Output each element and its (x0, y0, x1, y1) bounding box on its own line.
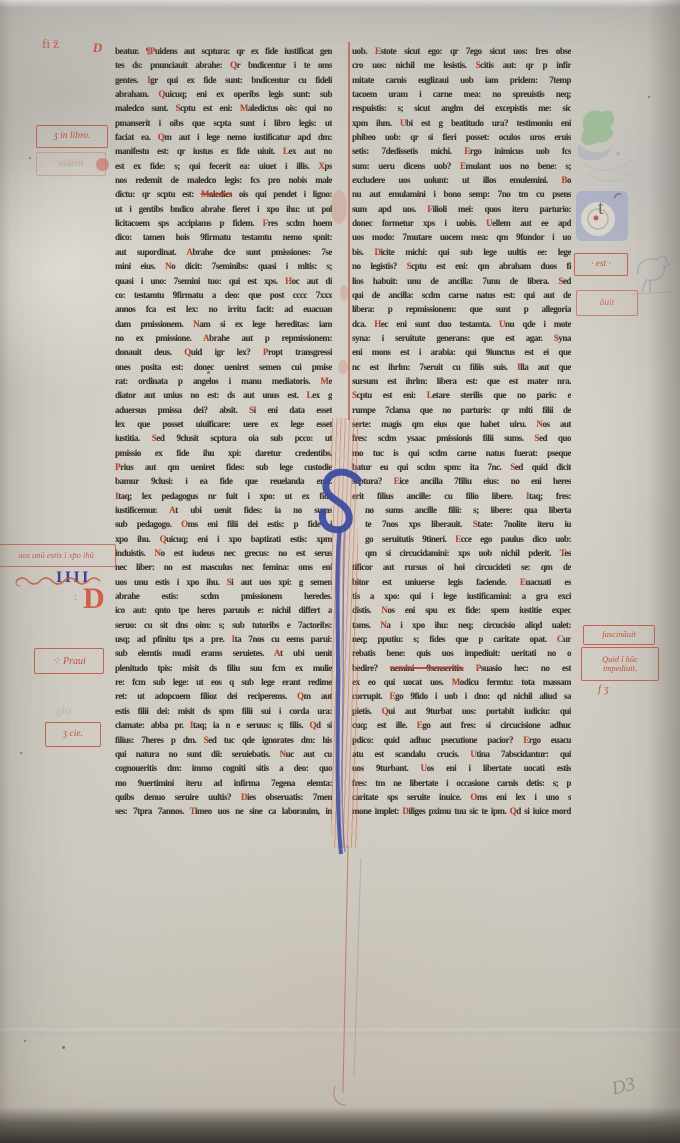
text-line: usq; ad pfinitu tps a pre. Ita 7nos cu e… (115, 632, 332, 646)
text-line: qm si circucidamini: xps uob nichil pder… (352, 546, 571, 560)
text-line: sursum est ihrlm: libera est: que est ma… (352, 374, 571, 388)
gutter-tail-hook (332, 1085, 349, 1106)
paraph-mark-icon: D (92, 40, 104, 56)
text-line: tis a xpo: qui i lege iustificamini: a g… (352, 589, 571, 603)
margin-note-fi-z: fi z̈ (42, 36, 59, 52)
text-line: ex eo qui uocat uos. Modicu fermtu: tota… (352, 675, 571, 689)
text-line: lios habuit: unu de ancilla: 7unu de lib… (352, 274, 571, 288)
pencil-catchword: D3 (610, 1074, 638, 1101)
photo-edge-right (648, 0, 680, 1143)
text-line: re: fcm sub lege: ut eos q sub lege eran… (115, 675, 332, 689)
text-line: pietis. Qui aut 9turbat uos: portabit iu… (352, 704, 571, 718)
text-line: caritate sps seruite inuice. Oms eni lex… (352, 790, 571, 804)
text-line: serte: magis qm eius que habet uiru. Nos… (352, 417, 571, 431)
text-line: erit filius ancille: cu filio libere. It… (352, 489, 571, 503)
gutter-red-line-upper (348, 42, 350, 420)
text-line: excludere uos uolunt: ut illos emulemini… (352, 173, 571, 187)
text-line: estis filii dei: misit ds spm filii sui … (115, 704, 332, 718)
text-line: annos fca est lex: no irritu facit: ad e… (115, 302, 332, 316)
text-line: pmanserit i oibs que scpta sunt i libro … (115, 116, 332, 130)
text-line: aduersus pmissa dei? absit. Si eni data … (115, 403, 332, 417)
text-line: corrupit. Ego 9fido i uob i dno: qd nich… (352, 689, 571, 703)
text-line: bamur 9clusi: i ea fide que reuelanda er… (115, 474, 332, 488)
text-line: Itaq; lex pedagogus nr fuit i xpo: ut ex… (115, 489, 332, 503)
text-line: ses: 7tpra 7annos. Timeo uos ne sine ca … (115, 804, 332, 818)
text-line: iustitia. Sed 9clusit scptura oia sub pc… (115, 431, 332, 445)
manuscript-photo: beatur. ¶Puidens aut scptura: qr ex fide… (0, 0, 680, 1143)
text-column-left: beatur. ¶Puidens aut scptura: qr ex fide… (115, 44, 332, 819)
text-line: abraham. Quicuq; eni ex operibs legis su… (115, 87, 332, 101)
illuminated-initial-s (316, 466, 368, 866)
impediuit-line2: impediuit. (603, 664, 637, 673)
ink-speck (20, 752, 22, 754)
text-line: scptura? Eice ancilla 7filiu eius: no en… (352, 474, 571, 488)
svg-text:»: » (616, 148, 621, 158)
guide-dots: : (74, 592, 78, 603)
text-line: rumpe 7clama que no parturis: qr mlti fi… (352, 403, 571, 417)
photo-edge-top (0, 0, 680, 8)
text-line: setis: 7dedissetis michi. Ergo inimicus … (352, 144, 571, 158)
text-line: tificor aut rursus oi hoi circucideti se… (352, 560, 571, 574)
text-line: sub elemtis mudi erams seruietes. At ubi… (115, 646, 332, 660)
text-line: sum: ueru dicens uob? Emulant uos no ben… (352, 159, 571, 173)
text-line: faciat ea. Qm aut i lege nemo iustificat… (115, 130, 332, 144)
text-line: go seruitutis 9tineri. Ecce ego paulus d… (352, 532, 571, 546)
text-line: no ex pmissione. Abrahe aut p repmission… (115, 331, 332, 345)
gutter-blue-tail-line (354, 858, 362, 1076)
text-line: atu est scandalu crucis. Utina 7abscidan… (352, 747, 571, 761)
text-line: xpm ihm. Ubi est g beatitudo ura? testim… (352, 116, 571, 130)
margin-pencil-gloss: glo (55, 702, 72, 718)
gutter-smudge (331, 190, 347, 224)
margin-note-est: · est · (574, 253, 628, 276)
text-line: uos modo: 7mutare uocem mea: qm 9fundor … (352, 230, 571, 244)
chapter-initial-d: D (83, 584, 105, 614)
margin-ornament: t » (548, 98, 658, 248)
text-line: rat: ordinata p angelos i manu mediatori… (115, 374, 332, 388)
text-line: beatur. ¶Puidens aut scptura: qr ex fide… (115, 44, 332, 58)
gutter-red-line-lower (342, 845, 349, 1093)
text-line: no sums ancille filii: s; libere: qua li… (352, 503, 571, 517)
text-line: xpo ihu. Quicuq; eni i xpo baptizati est… (115, 532, 332, 546)
text-line: dictu: qr scptu est: Maledics ois qui pe… (115, 187, 332, 201)
text-line: plenitudo tpis: misit ds filiu suu fcm e… (115, 661, 332, 675)
margin-note-cie: ʒ cie. (45, 722, 101, 747)
ink-speck (207, 371, 210, 374)
text-line: syna: i seruitute generans: que est agar… (352, 331, 571, 345)
text-line: qui natura no sunt dii: seruiebatis. Nuc… (115, 747, 332, 761)
text-line: cro uos: nichil me lesistis. Scitis aut:… (352, 58, 571, 72)
text-line: clamate: abba pr. Itaq; ia n e seruus: s… (115, 718, 332, 732)
margin-note-in-libro: ʒ in libro. (36, 125, 108, 148)
text-column-right: uob. Estote sicut ego: qr 7ego sicut uos… (352, 44, 571, 819)
text-line: respuistis: s; sicut anglm dei excepisti… (352, 101, 571, 115)
text-line: abrahe estis: scdm pmissionem heredes. (115, 589, 332, 603)
text-line: ut i gentibs bndico abrahe fieret i xpo … (115, 202, 332, 216)
text-line: dico: tamen hois 9firmatu testamtu nemo … (115, 230, 332, 244)
text-line: quibs denuo seruire uultis? Dies obserua… (115, 790, 332, 804)
text-line: induistis. No est iudeus nec grecus: no … (115, 546, 332, 560)
text-line: cuq; est ille. Ego aut fres: si circucis… (352, 718, 571, 732)
text-line: co: testamtu 9firmatu a deo: que post cc… (115, 288, 332, 302)
text-line: iustificemur. At ubi uenit fides: ia no … (115, 503, 332, 517)
text-line: nec liber: no est masculus nec femina: o… (115, 560, 332, 574)
text-line: tacoem uram i carne mea: no spreuistis n… (352, 87, 571, 101)
text-line: donauit deus. Quid igr lex? Propt transg… (115, 345, 332, 359)
margin-note-f-z: f ʒ (598, 683, 609, 695)
text-line: quasi i uno: 7semini tuo: qui est xps. H… (115, 274, 332, 288)
text-line: diator aut unius no est: ds aut unus est… (115, 388, 332, 402)
text-line: est ex fide: s; qui fecerit ea: uiuet i … (115, 159, 332, 173)
text-line: qui de ancilla: scdm carne natus est: qu… (352, 288, 571, 302)
text-line: sub pedagogo. Oms eni filii dei estis: p… (115, 517, 332, 531)
text-line: rebatis bene: quis uos impediuit: uerita… (352, 646, 571, 660)
text-line: ret: ut adopcoem filioz dei reciperems. … (115, 689, 332, 703)
text-line: fres: scdm ysaac pmissionis filii sums. … (352, 431, 571, 445)
text-line: neq; pputiu: s; fides que p caritate opa… (352, 632, 571, 646)
text-line: mo 9uertimini iteru ad infirma 7egena el… (115, 776, 332, 790)
text-line: phibeo uob: qr si fieri posset: oculos u… (352, 130, 571, 144)
text-line: dca. Hec eni sunt duo testamta. Unu qde … (352, 317, 571, 331)
text-line: licitacoem sps accipiams p fidem. Fres s… (115, 216, 332, 230)
text-line: Scptu est eni: Letare sterilis que no pa… (352, 388, 571, 402)
text-line: bedire? nemini 9senseritis. Psuasio hec:… (352, 661, 571, 675)
text-line: te 7nos xps liberauit. State: 7nolite it… (352, 517, 571, 531)
text-line: donec formetur xps i uobis. Uellem aut e… (352, 216, 571, 230)
margin-note-uos-unum: uos unū estis ī xp̄o ihū (0, 544, 116, 567)
text-line: filius: 7heres p dm. Sed tuc qde ignorat… (115, 733, 332, 747)
ink-speck (29, 157, 31, 159)
text-line: tes ds: pnunciauit abrahe: Qr bndicentur… (115, 58, 332, 72)
text-line: libera: p repmissionem: que sunt p alleg… (352, 302, 571, 316)
text-line: cognoueritis dm: immo cogniti sitis a de… (115, 761, 332, 775)
text-line: manifestu est: qr iustus ex fide uiuit. … (115, 144, 332, 158)
text-line: uos unu estis i xpo ihu. Si aut uos xpi:… (115, 575, 332, 589)
svg-text:t: t (598, 197, 604, 219)
text-line: pdico: quid adhuc psecutione pacior? Erg… (352, 733, 571, 747)
text-line: nu aut emulamini i bono semp: 7no tm cu … (352, 187, 571, 201)
margin-note-auit: āuit (576, 290, 638, 316)
green-bird-icon (581, 110, 614, 145)
text-line: mo tuc is qui scdm carne natus fuerat: p… (352, 446, 571, 460)
text-line: seruo: cu sit dns oim: s; sub tutoribs e… (115, 618, 332, 632)
text-line: ones posita est: donec ueniret semen cui… (115, 360, 332, 374)
text-line: lex que posset uiuificare: uere ex lege … (115, 417, 332, 431)
text-line: mitate carnis euglizaui uob iam pridem: … (352, 73, 571, 87)
text-line: nc est ihrlm: 7seruit cu filiis suis. Il… (352, 360, 571, 374)
text-line: batur eu qui scdm spm: ita 7nc. Sed quid… (352, 460, 571, 474)
red-blob-mark (96, 158, 109, 171)
text-line: fres: tm ne libertate i occasione carnis… (352, 776, 571, 790)
photo-edge-bottom (0, 1107, 680, 1143)
parchment-crease (0, 1028, 680, 1035)
text-line: bitor est uniuerse legis faciende. Euacu… (352, 575, 571, 589)
ink-speck (24, 1040, 26, 1042)
ink-speck (62, 1046, 65, 1049)
text-line: pmissio ex fide ihu xpi: daretur credent… (115, 446, 332, 460)
text-line: Prius aut qm ueniret fides: sub lege cus… (115, 460, 332, 474)
margin-note-fascinauit: fascināuit (583, 625, 655, 645)
text-line: no legistis? Scptu est eni: qm abraham d… (352, 259, 571, 273)
text-line: aut supordinat. Abrahe dce sunt pmission… (115, 245, 332, 259)
text-line: tams. Na i xpo ihu: neq; circucisio aliq… (352, 618, 571, 632)
text-line: sum apd uos. Filioli mei: quos iteru par… (352, 202, 571, 216)
text-line: distis. Nos eni spu ex fide: spem iustit… (352, 603, 571, 617)
text-line: maledco sunt. Scptu est eni: Maledictus … (115, 101, 332, 115)
text-line: mone implet: Diliges pximu tuu sic te ip… (352, 804, 571, 818)
text-line: mini eius. No dicit: 7seminibs: quasi i … (115, 259, 332, 273)
text-line: ico aut: qnto tpe heres paruuls e: nichi… (115, 603, 332, 617)
photo-edge-left (0, 0, 10, 1143)
text-line: eni mons est i arabia: qui 9iunctus est … (352, 345, 571, 359)
gutter-smudge (338, 360, 348, 374)
text-line: uob. Estote sicut ego: qr 7ego sicut uos… (352, 44, 571, 58)
text-line: nos redemit de maledco legis: fcs pro no… (115, 173, 332, 187)
text-line: uos 9turbant. Uos eni i libertate uocati… (352, 761, 571, 775)
text-line: bis. Dicite michi: qui sub lege uultis e… (352, 245, 571, 259)
text-line: dam pmissionem. Nam si ex lege hereditas… (115, 317, 332, 331)
gutter-smudge (340, 285, 348, 301)
margin-note-praui: ⁘ Praui (34, 648, 104, 674)
text-line: gentes. Igr qui ex fide sunt: bndicentur… (115, 73, 332, 87)
